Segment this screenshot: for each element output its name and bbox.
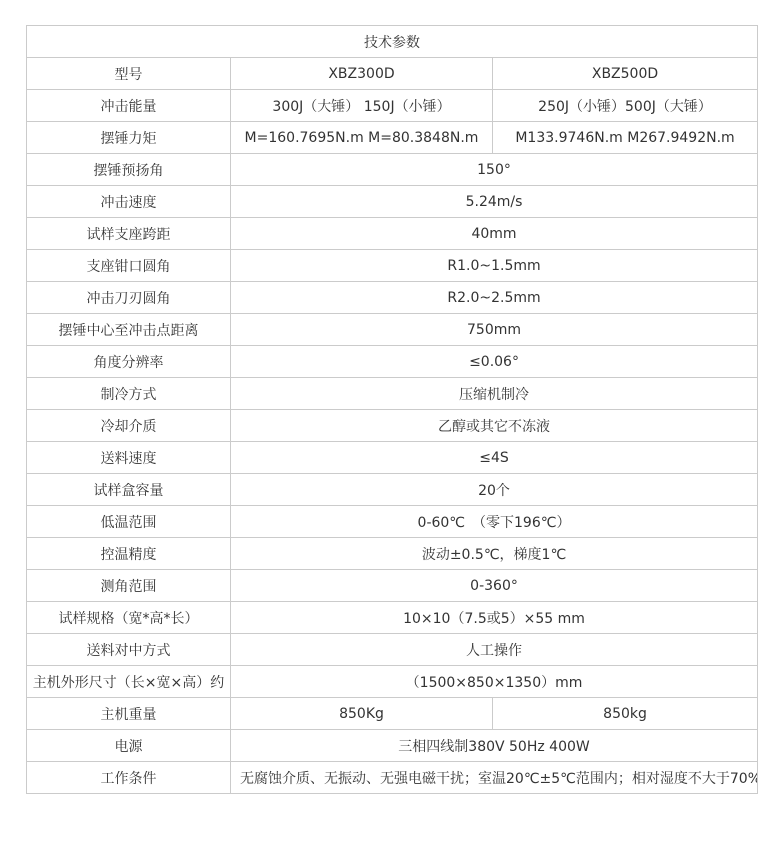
table-row-pendulum-torque: 摆锤力矩 M=160.7695N.m M=80.3848N.m M133.974…: [27, 122, 758, 154]
row-value: R2.0~2.5mm: [231, 282, 758, 314]
row-value: 0-60℃ （零下196℃）: [231, 506, 758, 538]
table-row-cooling-method: 制冷方式 压缩机制冷: [27, 378, 758, 410]
table-row-power-supply: 电源 三相四线制380V 50Hz 400W: [27, 730, 758, 762]
row-value: ≤0.06°: [231, 346, 758, 378]
row-value: ≤4S: [231, 442, 758, 474]
table-row-temp-control-accuracy: 控温精度 波动±0.5℃，梯度1℃: [27, 538, 758, 570]
row-label: 电源: [27, 730, 231, 762]
row-label: 送料速度: [27, 442, 231, 474]
table-title: 技术参数: [27, 26, 758, 58]
row-value: 750mm: [231, 314, 758, 346]
row-label: 工作条件: [27, 762, 231, 794]
table-row-support-span: 试样支座跨距 40mm: [27, 218, 758, 250]
row-label: 低温范围: [27, 506, 231, 538]
row-label: 主机重量: [27, 698, 231, 730]
table-row-model: 型号 XBZ300D XBZ500D: [27, 58, 758, 90]
row-value: 压缩机制冷: [231, 378, 758, 410]
table-row-machine-dimensions: 主机外形尺寸（长×宽×高）约 （1500×850×1350）mm: [27, 666, 758, 698]
spec-table: 技术参数 型号 XBZ300D XBZ500D 冲击能量 300J（大锤） 15…: [26, 25, 758, 794]
row-label: 角度分辨率: [27, 346, 231, 378]
table-row-sample-box-capacity: 试样盒容量 20个: [27, 474, 758, 506]
row-value: 20个: [231, 474, 758, 506]
table-row-pre-raise-angle: 摆锤预扬角 150°: [27, 154, 758, 186]
row-label: 摆锤力矩: [27, 122, 231, 154]
row-value: 300J（大锤） 150J（小锤）: [231, 90, 493, 122]
table-row-support-jaw-radius: 支座钳口圆角 R1.0~1.5mm: [27, 250, 758, 282]
row-value: （1500×850×1350）mm: [231, 666, 758, 698]
row-value: 0-360°: [231, 570, 758, 602]
row-label: 型号: [27, 58, 231, 90]
row-label: 送料对中方式: [27, 634, 231, 666]
row-label: 冷却介质: [27, 410, 231, 442]
table-row-angle-measure-range: 测角范围 0-360°: [27, 570, 758, 602]
row-label: 主机外形尺寸（长×宽×高）约: [27, 666, 231, 698]
row-value: 10×10（7.5或5）×55 mm: [231, 602, 758, 634]
row-value: 波动±0.5℃，梯度1℃: [231, 538, 758, 570]
table-row-blade-radius: 冲击刀刃圆角 R2.0~2.5mm: [27, 282, 758, 314]
row-value: M=160.7695N.m M=80.3848N.m: [231, 122, 493, 154]
row-value: 40mm: [231, 218, 758, 250]
row-value: 5.24m/s: [231, 186, 758, 218]
row-value: XBZ500D: [493, 58, 758, 90]
table-row-sample-spec: 试样规格（宽*高*长） 10×10（7.5或5）×55 mm: [27, 602, 758, 634]
row-label: 冲击速度: [27, 186, 231, 218]
row-value: 850Kg: [231, 698, 493, 730]
table-row-impact-speed: 冲击速度 5.24m/s: [27, 186, 758, 218]
row-value: 乙醇或其它不冻液: [231, 410, 758, 442]
row-value: 250J（小锤）500J（大锤）: [493, 90, 758, 122]
table-row-coolant: 冷却介质 乙醇或其它不冻液: [27, 410, 758, 442]
table-row-machine-weight: 主机重量 850Kg 850kg: [27, 698, 758, 730]
row-value: 850kg: [493, 698, 758, 730]
row-value: R1.0~1.5mm: [231, 250, 758, 282]
row-value: 150°: [231, 154, 758, 186]
table-row-feed-speed: 送料速度 ≤4S: [27, 442, 758, 474]
table-row-low-temp-range: 低温范围 0-60℃ （零下196℃）: [27, 506, 758, 538]
table-row-feed-centering: 送料对中方式 人工操作: [27, 634, 758, 666]
row-value: XBZ300D: [231, 58, 493, 90]
row-value: 人工操作: [231, 634, 758, 666]
row-label: 试样支座跨距: [27, 218, 231, 250]
row-label: 试样盒容量: [27, 474, 231, 506]
page: 技术参数 型号 XBZ300D XBZ500D 冲击能量 300J（大锤） 15…: [0, 0, 778, 843]
table-row-angle-resolution: 角度分辨率 ≤0.06°: [27, 346, 758, 378]
row-label: 制冷方式: [27, 378, 231, 410]
row-label: 摆锤预扬角: [27, 154, 231, 186]
row-value: 三相四线制380V 50Hz 400W: [231, 730, 758, 762]
table-row-impact-energy: 冲击能量 300J（大锤） 150J（小锤） 250J（小锤）500J（大锤）: [27, 90, 758, 122]
row-value: 无腐蚀介质、无振动、无强电磁干扰；室温20℃±5℃范围内；相对湿度不大于70%；: [231, 762, 758, 794]
row-label: 试样规格（宽*高*长）: [27, 602, 231, 634]
table-header-row: 技术参数: [27, 26, 758, 58]
row-label: 测角范围: [27, 570, 231, 602]
row-value: M133.9746N.m M267.9492N.m: [493, 122, 758, 154]
row-label: 摆锤中心至冲击点距离: [27, 314, 231, 346]
row-label: 支座钳口圆角: [27, 250, 231, 282]
table-row-center-to-impact-distance: 摆锤中心至冲击点距离 750mm: [27, 314, 758, 346]
row-label: 冲击刀刃圆角: [27, 282, 231, 314]
table-row-working-conditions: 工作条件 无腐蚀介质、无振动、无强电磁干扰；室温20℃±5℃范围内；相对湿度不大…: [27, 762, 758, 794]
row-label: 控温精度: [27, 538, 231, 570]
row-label: 冲击能量: [27, 90, 231, 122]
